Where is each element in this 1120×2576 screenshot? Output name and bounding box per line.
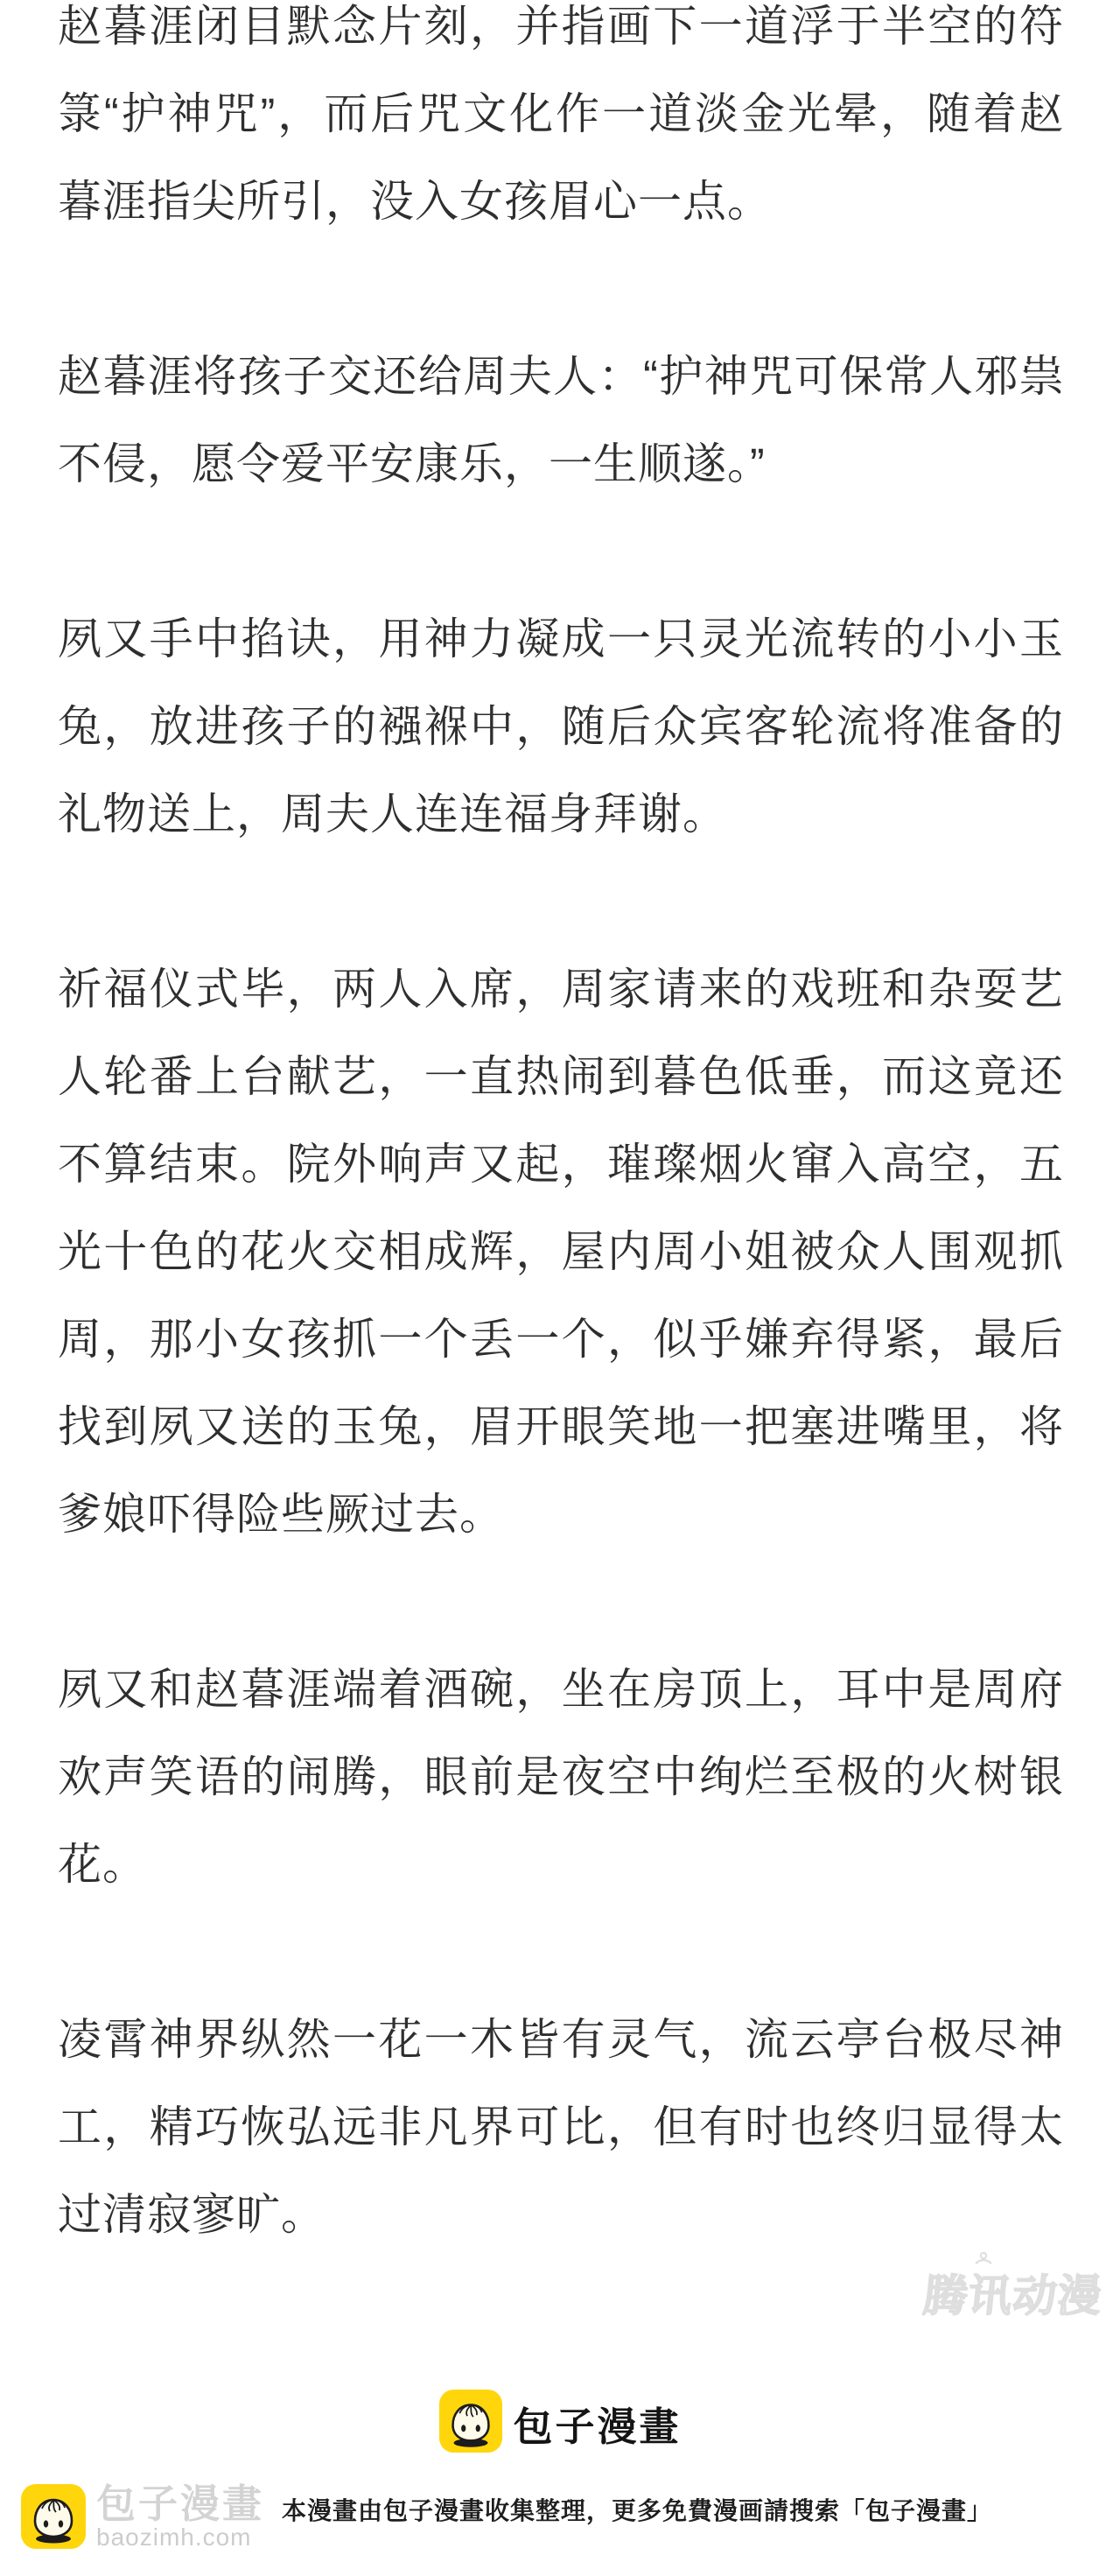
footer-notice: 本漫畫由包子漫畫收集整理，更多免費漫画請搜索「包子漫畫」 [282,2492,992,2527]
page: 赵暮涯闭目默念片刻，并指画下一道浮于半空的符箓“护神咒”，而后咒文化作一道淡金光… [0,0,1120,2576]
footer-baozi-bun-icon [20,2483,87,2554]
footer-brand-name: 包子漫畫 [96,2483,276,2524]
paragraph: 凌霄神界纵然一花一木皆有灵气，流云亭台极尽神工，精巧恢弘远非凡界可比，但有时也终… [58,1996,1064,2257]
paragraph: 赵暮涯将孩子交还给周夫人：“护神咒可保常人邪祟不侵，愿令爱平安康乐，一生顺遂。” [58,333,1064,508]
footer: 包子漫畫 baozimh.com 本漫畫由包子漫畫收集整理，更多免費漫画請搜索「… [0,2481,1120,2576]
tencent-anime-watermark: 腾讯动漫 [924,2261,1108,2317]
baozi-bun-icon [438,2389,503,2458]
paragraph: 赵暮涯闭目默念片刻，并指画下一道浮于半空的符箓“护神咒”，而后咒文化作一道淡金光… [58,0,1064,245]
article: 赵暮涯闭目默念片刻，并指画下一道浮于半空的符箓“护神咒”，而后咒文化作一道淡金光… [58,0,1064,2257]
watermark-text: 腾讯动漫 [920,2261,1106,2324]
baozi-logo: 包子漫畫 [0,2389,1120,2458]
paragraph: 夙又和赵暮涯端着酒碗，坐在房顶上，耳中是周府欢声笑语的闹腾，眼前是夜空中绚烂至极… [58,1646,1064,1908]
footer-brand-block: 包子漫畫 baozimh.com [96,2483,276,2550]
paragraph: 夙又手中掐诀，用神力凝成一只灵光流转的小小玉兔，放进孩子的襁褓中，随后众宾客轮流… [58,595,1064,858]
paragraph: 祈福仪式毕，两人入席，周家请来的戏班和杂耍艺人轮番上台献艺，一直热闹到暮色低垂，… [58,945,1064,1558]
footer-domain: baozimh.com [96,2525,276,2550]
logo-title: 包子漫畫 [513,2395,681,2452]
